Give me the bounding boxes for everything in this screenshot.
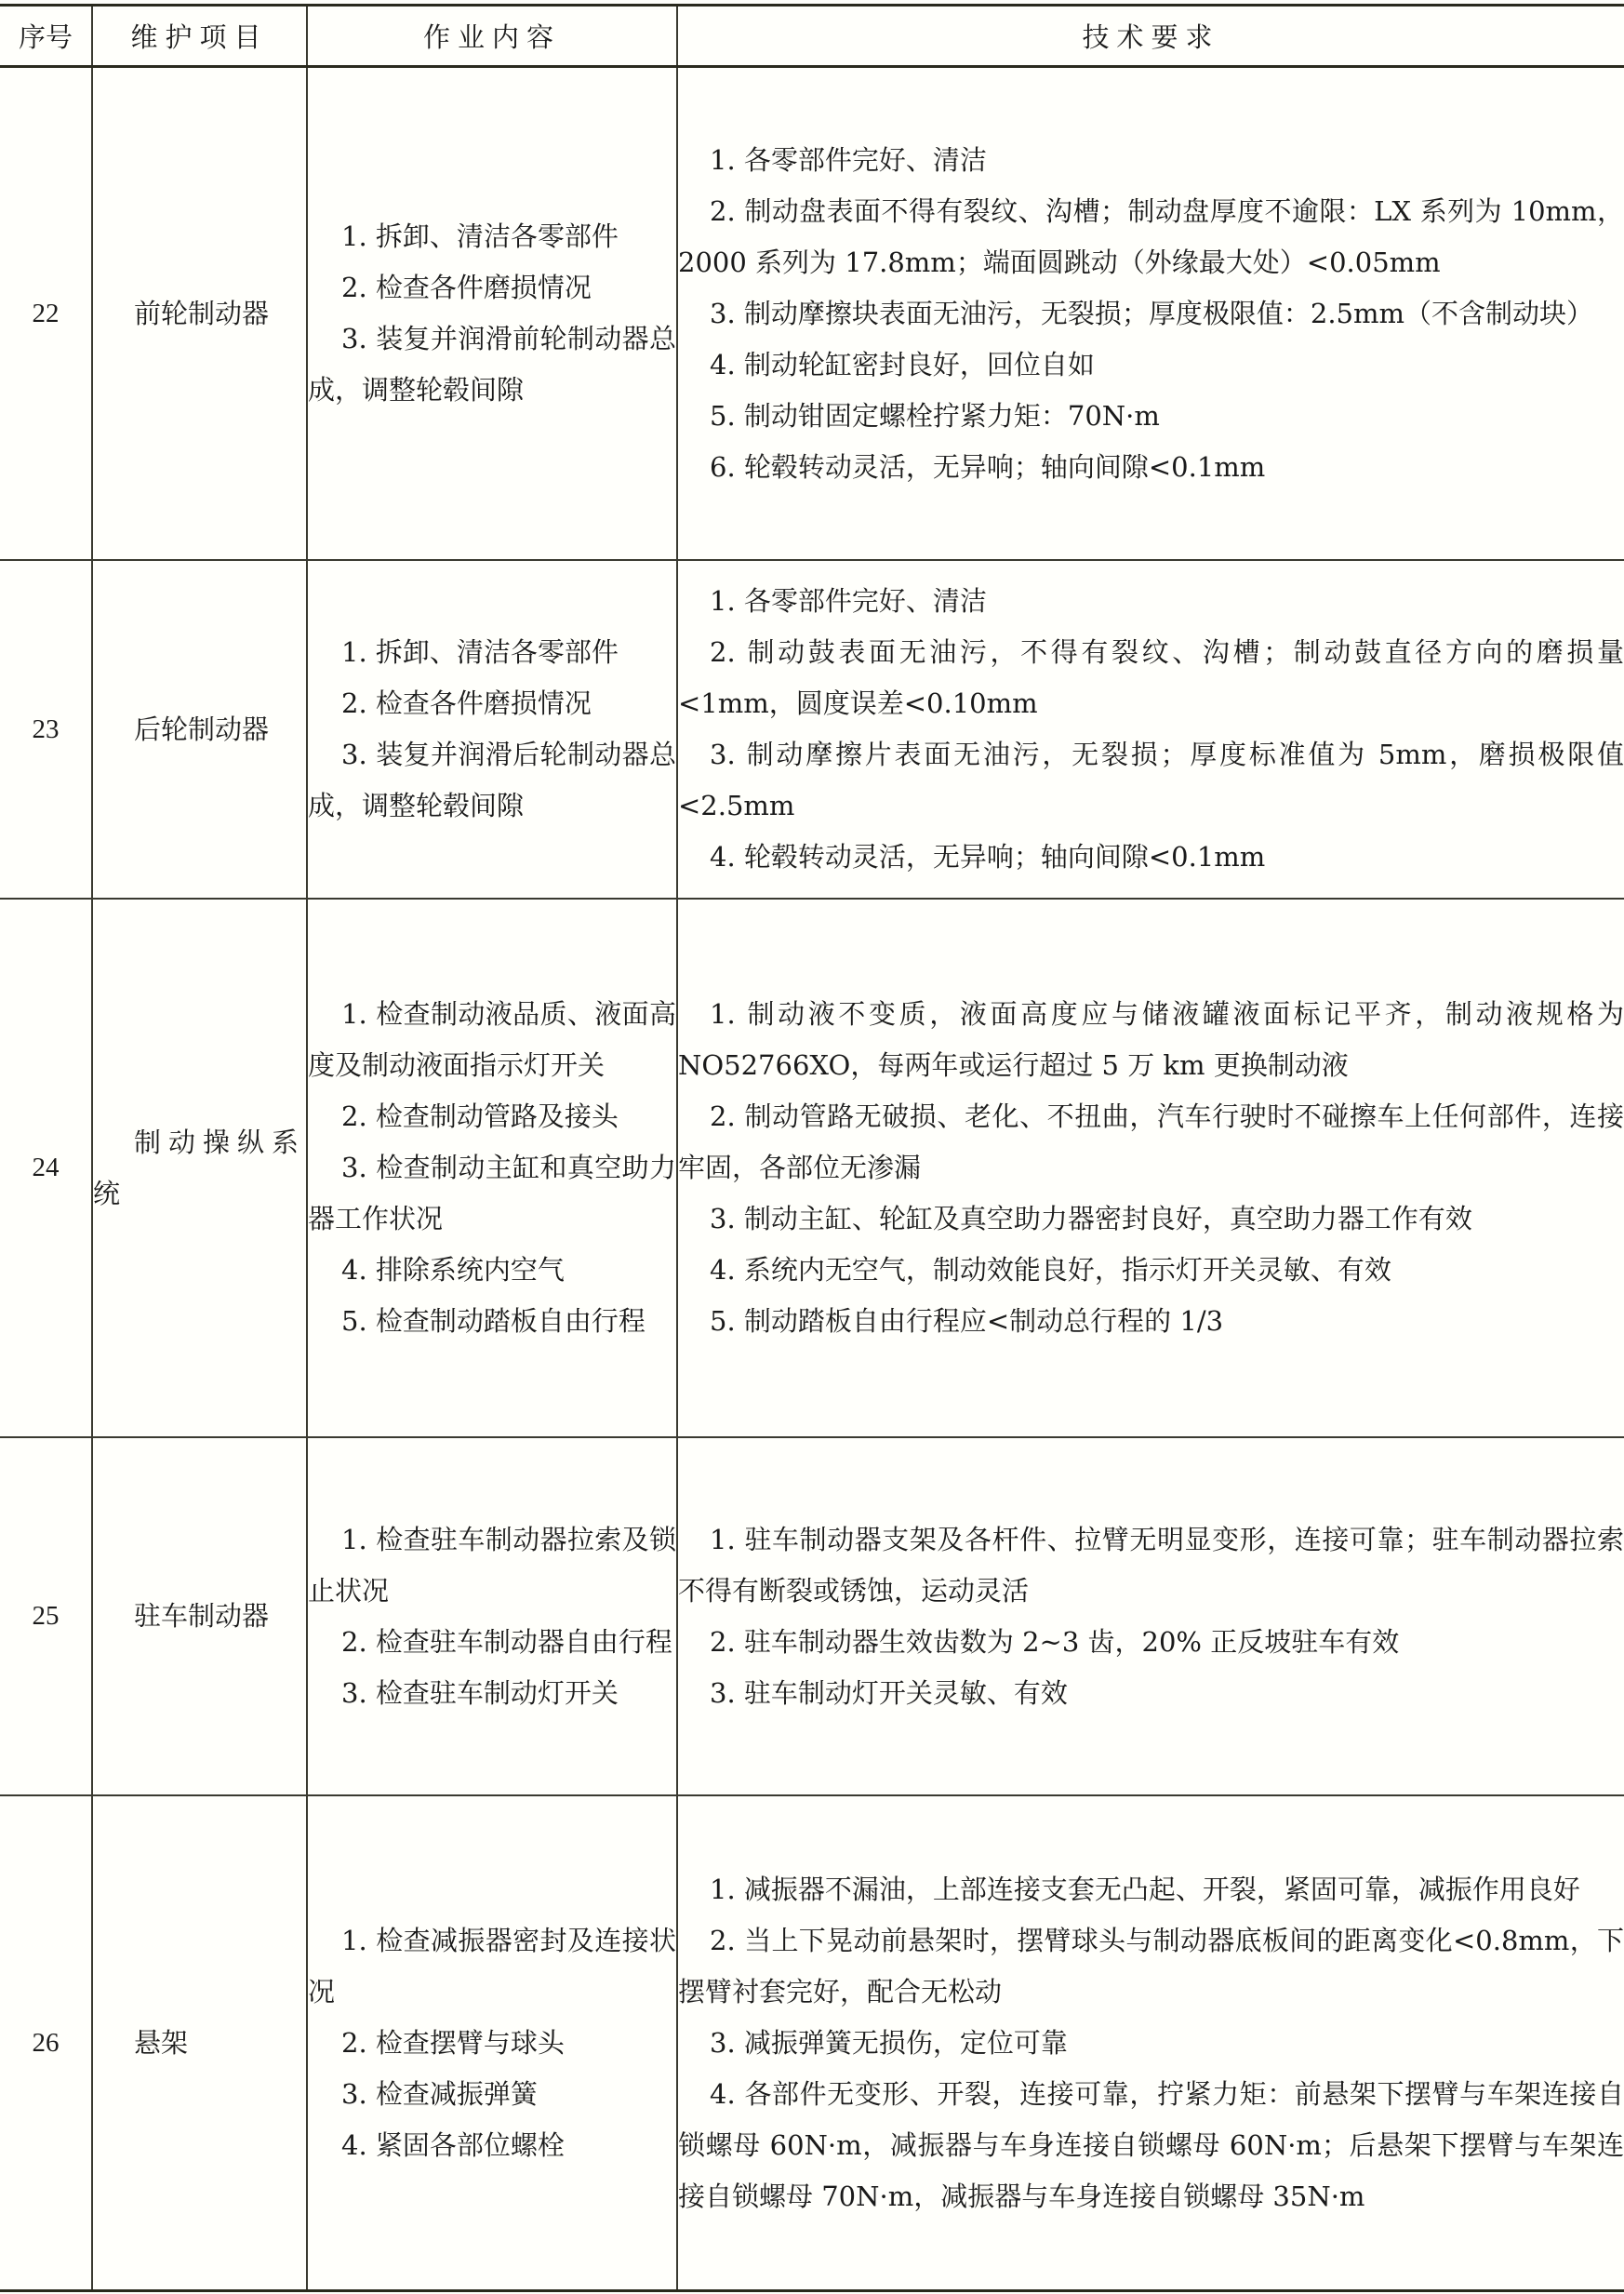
maintenance-table: 序号 维护项目 作业内容 技术要求 22 前轮制动器 1. 拆卸、清洁各零部件 … <box>0 7 1624 2292</box>
requirement: 1. 驻车制动器支架及各杆件、拉臂无明显变形，连接可靠；驻车制动器拉索不得有断裂… <box>678 1514 1624 1617</box>
table-row: 23 后轮制动器 1. 拆卸、清洁各零部件 2. 检查各件磨损情况 3. 装复并… <box>0 560 1624 899</box>
work-step: 2. 检查制动管路及接头 <box>308 1091 676 1142</box>
requirement: 4. 制动轮缸密封良好，回位自如 <box>678 340 1624 391</box>
requirement: 3. 制动摩擦片表面无油污，无裂损；厚度标准值为 5mm，磨损极限值<2.5mm <box>678 729 1624 832</box>
requirement: 4. 各部件无变形、开裂，连接可靠，拧紧力矩：前悬架下摆臂与车架连接自锁螺母 6… <box>678 2069 1624 2222</box>
header-item: 维护项目 <box>92 7 307 67</box>
work-step: 3. 检查减振弹簧 <box>308 2069 676 2120</box>
row-work: 1. 检查驻车制动器拉索及锁止状况 2. 检查驻车制动器自由行程 3. 检查驻车… <box>307 1437 677 1795</box>
requirement: 5. 制动踏板自由行程应<制动总行程的 1/3 <box>678 1296 1624 1347</box>
work-step: 1. 拆卸、清洁各零部件 <box>308 211 676 262</box>
item-label: 后轮制动器 <box>93 704 306 755</box>
work-step: 2. 检查各件磨损情况 <box>308 678 676 729</box>
row-item: 悬架 <box>92 1795 307 2291</box>
requirement: 6. 轮毂转动灵活，无异响；轴向间隙<0.1mm <box>678 442 1624 493</box>
work-step: 3. 装复并润滑后轮制动器总成，调整轮毂间隙 <box>308 729 676 832</box>
table-row: 22 前轮制动器 1. 拆卸、清洁各零部件 2. 检查各件磨损情况 3. 装复并… <box>0 67 1624 561</box>
work-step: 2. 检查各件磨损情况 <box>308 262 676 313</box>
row-item: 驻车制动器 <box>92 1437 307 1795</box>
requirement: 3. 制动摩擦块表面无油污，无裂损；厚度极限值：2.5mm（不含制动块） <box>678 288 1624 340</box>
row-requirements: 1. 各零部件完好、清洁 2. 制动盘表面不得有裂纹、沟槽；制动盘厚度不逾限：L… <box>677 67 1624 561</box>
row-requirements: 1. 制动液不变质，液面高度应与储液罐液面标记平齐，制动液规格为 NO52766… <box>677 899 1624 1437</box>
row-item: 前轮制动器 <box>92 67 307 561</box>
work-step: 1. 检查制动液品质、液面高度及制动液面指示灯开关 <box>308 989 676 1091</box>
work-step: 3. 检查驻车制动灯开关 <box>308 1668 676 1719</box>
table-row: 25 驻车制动器 1. 检查驻车制动器拉索及锁止状况 2. 检查驻车制动器自由行… <box>0 1437 1624 1795</box>
table-header-row: 序号 维护项目 作业内容 技术要求 <box>0 7 1624 67</box>
item-label: 制动操纵系统 <box>93 1117 306 1220</box>
work-step: 4. 紧固各部位螺栓 <box>308 2120 676 2171</box>
work-step: 5. 检查制动踏板自由行程 <box>308 1296 676 1347</box>
work-step: 1. 拆卸、清洁各零部件 <box>308 627 676 678</box>
row-seq: 22 <box>0 67 92 561</box>
requirement: 2. 制动盘表面不得有裂纹、沟槽；制动盘厚度不逾限：LX 系列为 10mm，20… <box>678 186 1624 288</box>
work-step: 1. 检查驻车制动器拉索及锁止状况 <box>308 1514 676 1617</box>
row-work: 1. 拆卸、清洁各零部件 2. 检查各件磨损情况 3. 装复并润滑后轮制动器总成… <box>307 560 677 899</box>
requirement: 1. 各零部件完好、清洁 <box>678 135 1624 186</box>
requirement: 3. 制动主缸、轮缸及真空助力器密封良好，真空助力器工作有效 <box>678 1194 1624 1245</box>
work-step: 2. 检查驻车制动器自由行程 <box>308 1617 676 1668</box>
requirement: 4. 轮毂转动灵活，无异响；轴向间隙<0.1mm <box>678 832 1624 883</box>
requirement: 1. 制动液不变质，液面高度应与储液罐液面标记平齐，制动液规格为 NO52766… <box>678 989 1624 1091</box>
requirement: 1. 减振器不漏油，上部连接支套无凸起、开裂，紧固可靠，减振作用良好 <box>678 1864 1624 1915</box>
row-seq: 26 <box>0 1795 92 2291</box>
requirement: 4. 系统内无空气，制动效能良好，指示灯开关灵敏、有效 <box>678 1245 1624 1296</box>
work-step: 2. 检查摆臂与球头 <box>308 2018 676 2069</box>
work-step: 3. 检查制动主缸和真空助力器工作状况 <box>308 1142 676 1245</box>
header-seq: 序号 <box>0 7 92 67</box>
requirement: 1. 各零部件完好、清洁 <box>678 576 1624 627</box>
work-step: 1. 检查减振器密封及连接状况 <box>308 1915 676 2018</box>
row-work: 1. 拆卸、清洁各零部件 2. 检查各件磨损情况 3. 装复并润滑前轮制动器总成… <box>307 67 677 561</box>
requirement: 2. 驻车制动器生效齿数为 2~3 齿，20% 正反坡驻车有效 <box>678 1617 1624 1668</box>
row-work: 1. 检查减振器密封及连接状况 2. 检查摆臂与球头 3. 检查减振弹簧 4. … <box>307 1795 677 2291</box>
row-item: 制动操纵系统 <box>92 899 307 1437</box>
row-seq: 25 <box>0 1437 92 1795</box>
header-work: 作业内容 <box>307 7 677 67</box>
work-step: 3. 装复并润滑前轮制动器总成，调整轮毂间隙 <box>308 313 676 416</box>
requirement: 3. 驻车制动灯开关灵敏、有效 <box>678 1668 1624 1719</box>
table-row: 26 悬架 1. 检查减振器密封及连接状况 2. 检查摆臂与球头 3. 检查减振… <box>0 1795 1624 2291</box>
requirement: 3. 减振弹簧无损伤，定位可靠 <box>678 2018 1624 2069</box>
row-work: 1. 检查制动液品质、液面高度及制动液面指示灯开关 2. 检查制动管路及接头 3… <box>307 899 677 1437</box>
row-requirements: 1. 驻车制动器支架及各杆件、拉臂无明显变形，连接可靠；驻车制动器拉索不得有断裂… <box>677 1437 1624 1795</box>
row-requirements: 1. 各零部件完好、清洁 2. 制动鼓表面无油污，不得有裂纹、沟槽；制动鼓直径方… <box>677 560 1624 899</box>
requirement: 5. 制动钳固定螺栓拧紧力矩：70N·m <box>678 391 1624 442</box>
row-seq: 23 <box>0 560 92 899</box>
header-requirements: 技术要求 <box>677 7 1624 67</box>
row-item: 后轮制动器 <box>92 560 307 899</box>
item-label: 悬架 <box>93 2018 306 2069</box>
table-row: 24 制动操纵系统 1. 检查制动液品质、液面高度及制动液面指示灯开关 2. 检… <box>0 899 1624 1437</box>
item-label: 前轮制动器 <box>93 288 306 340</box>
requirement: 2. 制动管路无破损、老化、不扭曲，汽车行驶时不碰擦车上任何部件，连接牢固，各部… <box>678 1091 1624 1194</box>
requirement: 2. 当上下晃动前悬架时，摆臂球头与制动器底板间的距离变化<0.8mm，下摆臂衬… <box>678 1915 1624 2018</box>
requirement: 2. 制动鼓表面无油污，不得有裂纹、沟槽；制动鼓直径方向的磨损量<1mm，圆度误… <box>678 627 1624 729</box>
item-label: 驻车制动器 <box>93 1591 306 1642</box>
row-requirements: 1. 减振器不漏油，上部连接支套无凸起、开裂，紧固可靠，减振作用良好 2. 当上… <box>677 1795 1624 2291</box>
work-step: 4. 排除系统内空气 <box>308 1245 676 1296</box>
row-seq: 24 <box>0 899 92 1437</box>
